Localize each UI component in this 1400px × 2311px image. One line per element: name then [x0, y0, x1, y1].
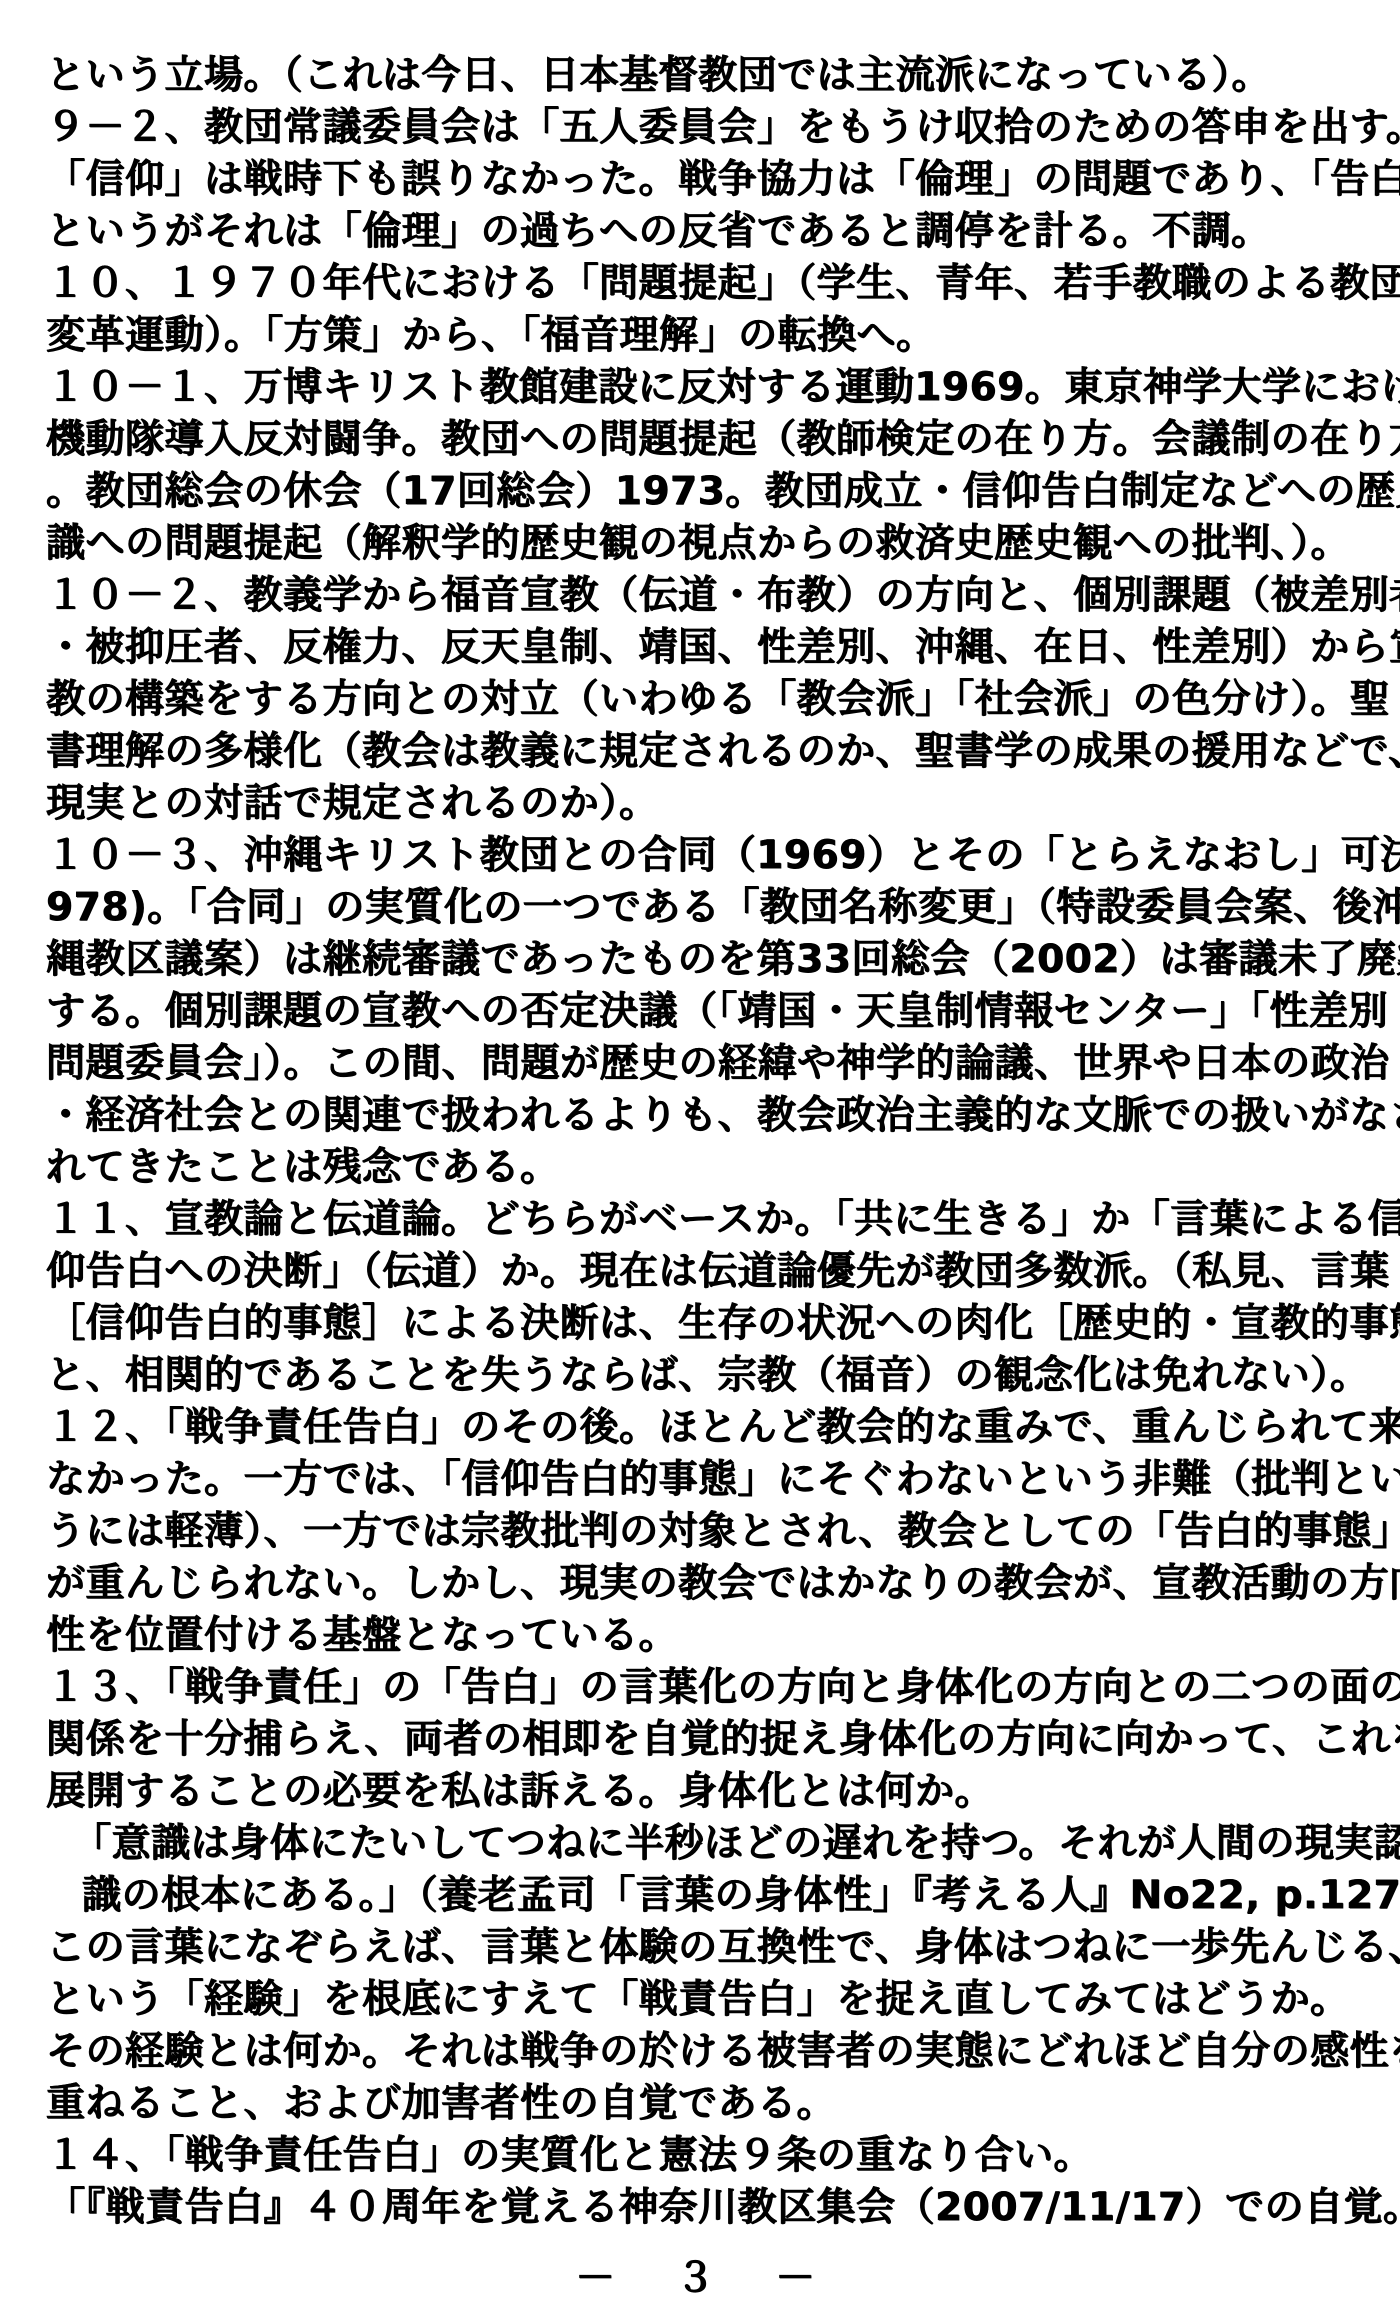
text-line: １３、「戦争責任」の「告白」の言葉化の方向と身体化の方向との二つの面の	[46, 1662, 1366, 1714]
text-line: その経験とは何か。それは戦争の於ける被害者の実態にどれほど自分の感性を	[46, 2026, 1366, 2078]
text-line: 「信仰」は戦時下も誤りなかった。戦争協力は「倫理」の問題であり、「告白」	[46, 154, 1366, 206]
text-line: という立場。（これは今日、日本基督教団では主流派になっている）。	[46, 50, 1366, 102]
text-line: 。教団総会の休会（17回総会）1973。教団成立・信仰告白制定などへの歴史認	[46, 466, 1366, 518]
text-line: １０－２、教義学から福音宣教（伝道・布教）の方向と、個別課題（被差別者	[46, 570, 1366, 622]
page-number: － ３ －	[0, 2246, 1400, 2303]
text-line: 978)。「合同」の実質化の一つである「教団名称変更」（特設委員会案、後沖	[46, 882, 1366, 934]
text-line: れてきたことは残念である。	[46, 1142, 1366, 1194]
text-line: ９－２、教団常議委員会は「五人委員会」をもうけ収拾のための答申を出す。	[46, 102, 1366, 154]
text-line: 展開することの必要を私は訴える。身体化とは何か。	[46, 1766, 1366, 1818]
text-line: この言葉になぞらえば、言葉と体験の互換性で、身体はつねに一歩先んじる、	[46, 1922, 1366, 1974]
text-line: というがそれは「倫理」の過ちへの反省であると調停を計る。不調。	[46, 206, 1366, 258]
text-line: １１、宣教論と伝道論。どちらがベースか。「共に生きる」か「言葉による信	[46, 1194, 1366, 1246]
text-line: 縄教区議案）は継続審議であったものを第33回総会（2002）は審議未了廃案と	[46, 934, 1366, 986]
text-line: 現実との対話で規定されるのか）。	[46, 778, 1366, 830]
text-line: 識への問題提起（解釈学的歴史観の視点からの救済史歴史観への批判、）。	[46, 518, 1366, 570]
text-line: が重んじられない。しかし、現実の教会ではかなりの教会が、宣教活動の方向	[46, 1558, 1366, 1610]
scanned-document-page: という立場。（これは今日、日本基督教団では主流派になっている）。 ９－２、教団常…	[0, 0, 1400, 2311]
text-line: ［信仰告白的事態］による決断は、生存の状況への肉化［歴史的・宣教的事態］	[46, 1298, 1366, 1350]
text-line: １０－１、万博キリスト教館建設に反対する運動1969。東京神学大学における	[46, 362, 1366, 414]
document-body: という立場。（これは今日、日本基督教団では主流派になっている）。 ９－２、教団常…	[46, 50, 1366, 2234]
text-line: １４、「戦争責任告白」の実質化と憲法９条の重なり合い。	[46, 2130, 1366, 2182]
text-line: １０－３、沖縄キリスト教団との合同（1969）とその「とらえなおし」可決(1	[46, 830, 1366, 882]
text-line: 重ねること、および加害者性の自覚である。	[46, 2078, 1366, 2130]
text-line: 問題委員会」）。この間、問題が歴史の経緯や神学的論議、世界や日本の政治	[46, 1038, 1366, 1090]
text-line: 仰告白への決断」（伝道）か。現在は伝道論優先が教団多数派。（私見、言葉	[46, 1246, 1366, 1298]
text-line-quote: 識の根本にある。」（養老孟司「言葉の身体性」『考える人』No22, p.127）…	[46, 1870, 1366, 1922]
text-line: する。個別課題の宣教への否定決議（「靖国・天皇制情報センター」「性差別	[46, 986, 1366, 1038]
text-line: 「『戦責告白』４０周年を覚える神奈川教区集会（2007/11/17）での自覚。	[46, 2182, 1366, 2234]
text-line: 機動隊導入反対闘争。教団への問題提起（教師検定の在り方。会議制の在り方）	[46, 414, 1366, 466]
text-line-quote: 「意識は身体にたいしてつねに半秒ほどの遅れを持つ。それが人間の現実認	[46, 1818, 1366, 1870]
text-line: 書理解の多様化（教会は教義に規定されるのか、聖書学の成果の援用などで、	[46, 726, 1366, 778]
text-line: ・被抑圧者、反権力、反天皇制、靖国、性差別、沖縄、在日、性差別）から宣	[46, 622, 1366, 674]
text-line: うには軽薄）、一方では宗教批判の対象とされ、教会としての「告白的事態」	[46, 1506, 1366, 1558]
text-line: なかった。一方では、「信仰告白的事態」にそぐわないという非難（批判とい	[46, 1454, 1366, 1506]
text-line: １２、「戦争責任告白」のその後。ほとんど教会的な重みで、重んじられて来	[46, 1402, 1366, 1454]
text-line: ・経済社会との関連で扱われるよりも、教会政治主義的な文脈での扱いがなさ	[46, 1090, 1366, 1142]
text-line: 性を位置付ける基盤となっている。	[46, 1610, 1366, 1662]
text-line: と、相関的であることを失うならば、宗教（福音）の観念化は免れない）。	[46, 1350, 1366, 1402]
text-line: 関係を十分捕らえ、両者の相即を自覚的捉え身体化の方向に向かって、これを	[46, 1714, 1366, 1766]
text-line: 教の構築をする方向との対立（いわゆる「教会派」「社会派」の色分け）。聖	[46, 674, 1366, 726]
text-line: １０、１９７０年代における「問題提起」（学生、青年、若手教職のよる教団	[46, 258, 1366, 310]
text-line: という「経験」を根底にすえて「戦責告白」を捉え直してみてはどうか。	[46, 1974, 1366, 2026]
text-line: 変革運動）。「方策」から、「福音理解」の転換へ。	[46, 310, 1366, 362]
